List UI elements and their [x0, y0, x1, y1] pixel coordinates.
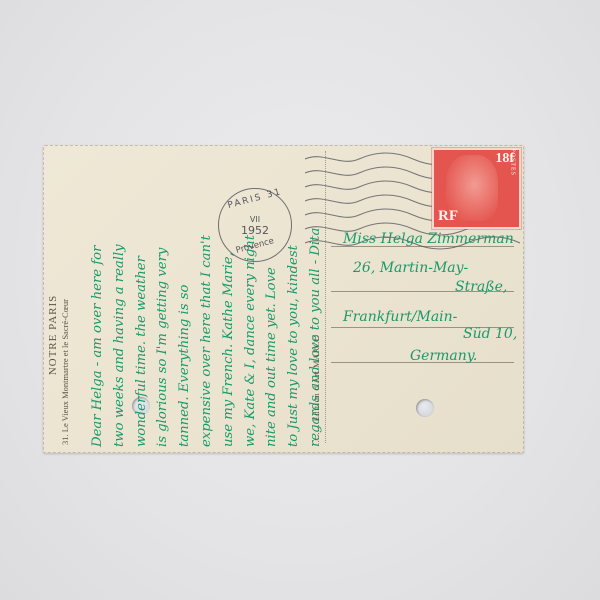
publisher-imprint: ........ Edition d'Art MARCO: [311, 334, 321, 445]
address-city: Frankfurt/Main-: [343, 309, 457, 325]
postmark-date: VII: [219, 215, 291, 224]
postage-stamp: 18f POSTES RF: [432, 148, 521, 229]
stamp-label: POSTES: [510, 148, 516, 176]
message-line: tanned. Everything is so: [174, 147, 196, 447]
address-street-cont: Straße,: [455, 279, 507, 295]
address-street: 26, Martin-May-: [353, 260, 468, 276]
message-line: expensive over here that I can't: [196, 147, 218, 447]
address-country: Germany.: [410, 348, 477, 364]
handwritten-message: Dear Helga - am over here for two weeks …: [87, 147, 327, 447]
message-line: wonderful time. the weather: [131, 147, 153, 447]
message-line: two weeks and having a really: [109, 147, 131, 447]
postcard: NOTRE PARIS 31. Le Vieux Montmartre et l…: [43, 145, 524, 453]
postmark: PARIS 31 VII 1952 Provence: [218, 188, 292, 262]
message-line: is glorious so I'm getting very: [152, 147, 174, 447]
punch-hole: [416, 399, 434, 417]
printed-caption: NOTRE PARIS 31. Le Vieux Montmartre et l…: [47, 145, 70, 445]
caption-title: NOTRE PARIS: [47, 225, 59, 445]
message-line: Dear Helga - am over here for: [87, 147, 109, 447]
address-district: Süd 10,: [463, 326, 517, 342]
address-name: Miss Helga Zimmerman: [343, 231, 514, 247]
stamp-country: RF: [438, 208, 458, 225]
caption-subtitle: 31. Le Vieux Montmartre et le Sacré-Cœur: [60, 145, 70, 445]
